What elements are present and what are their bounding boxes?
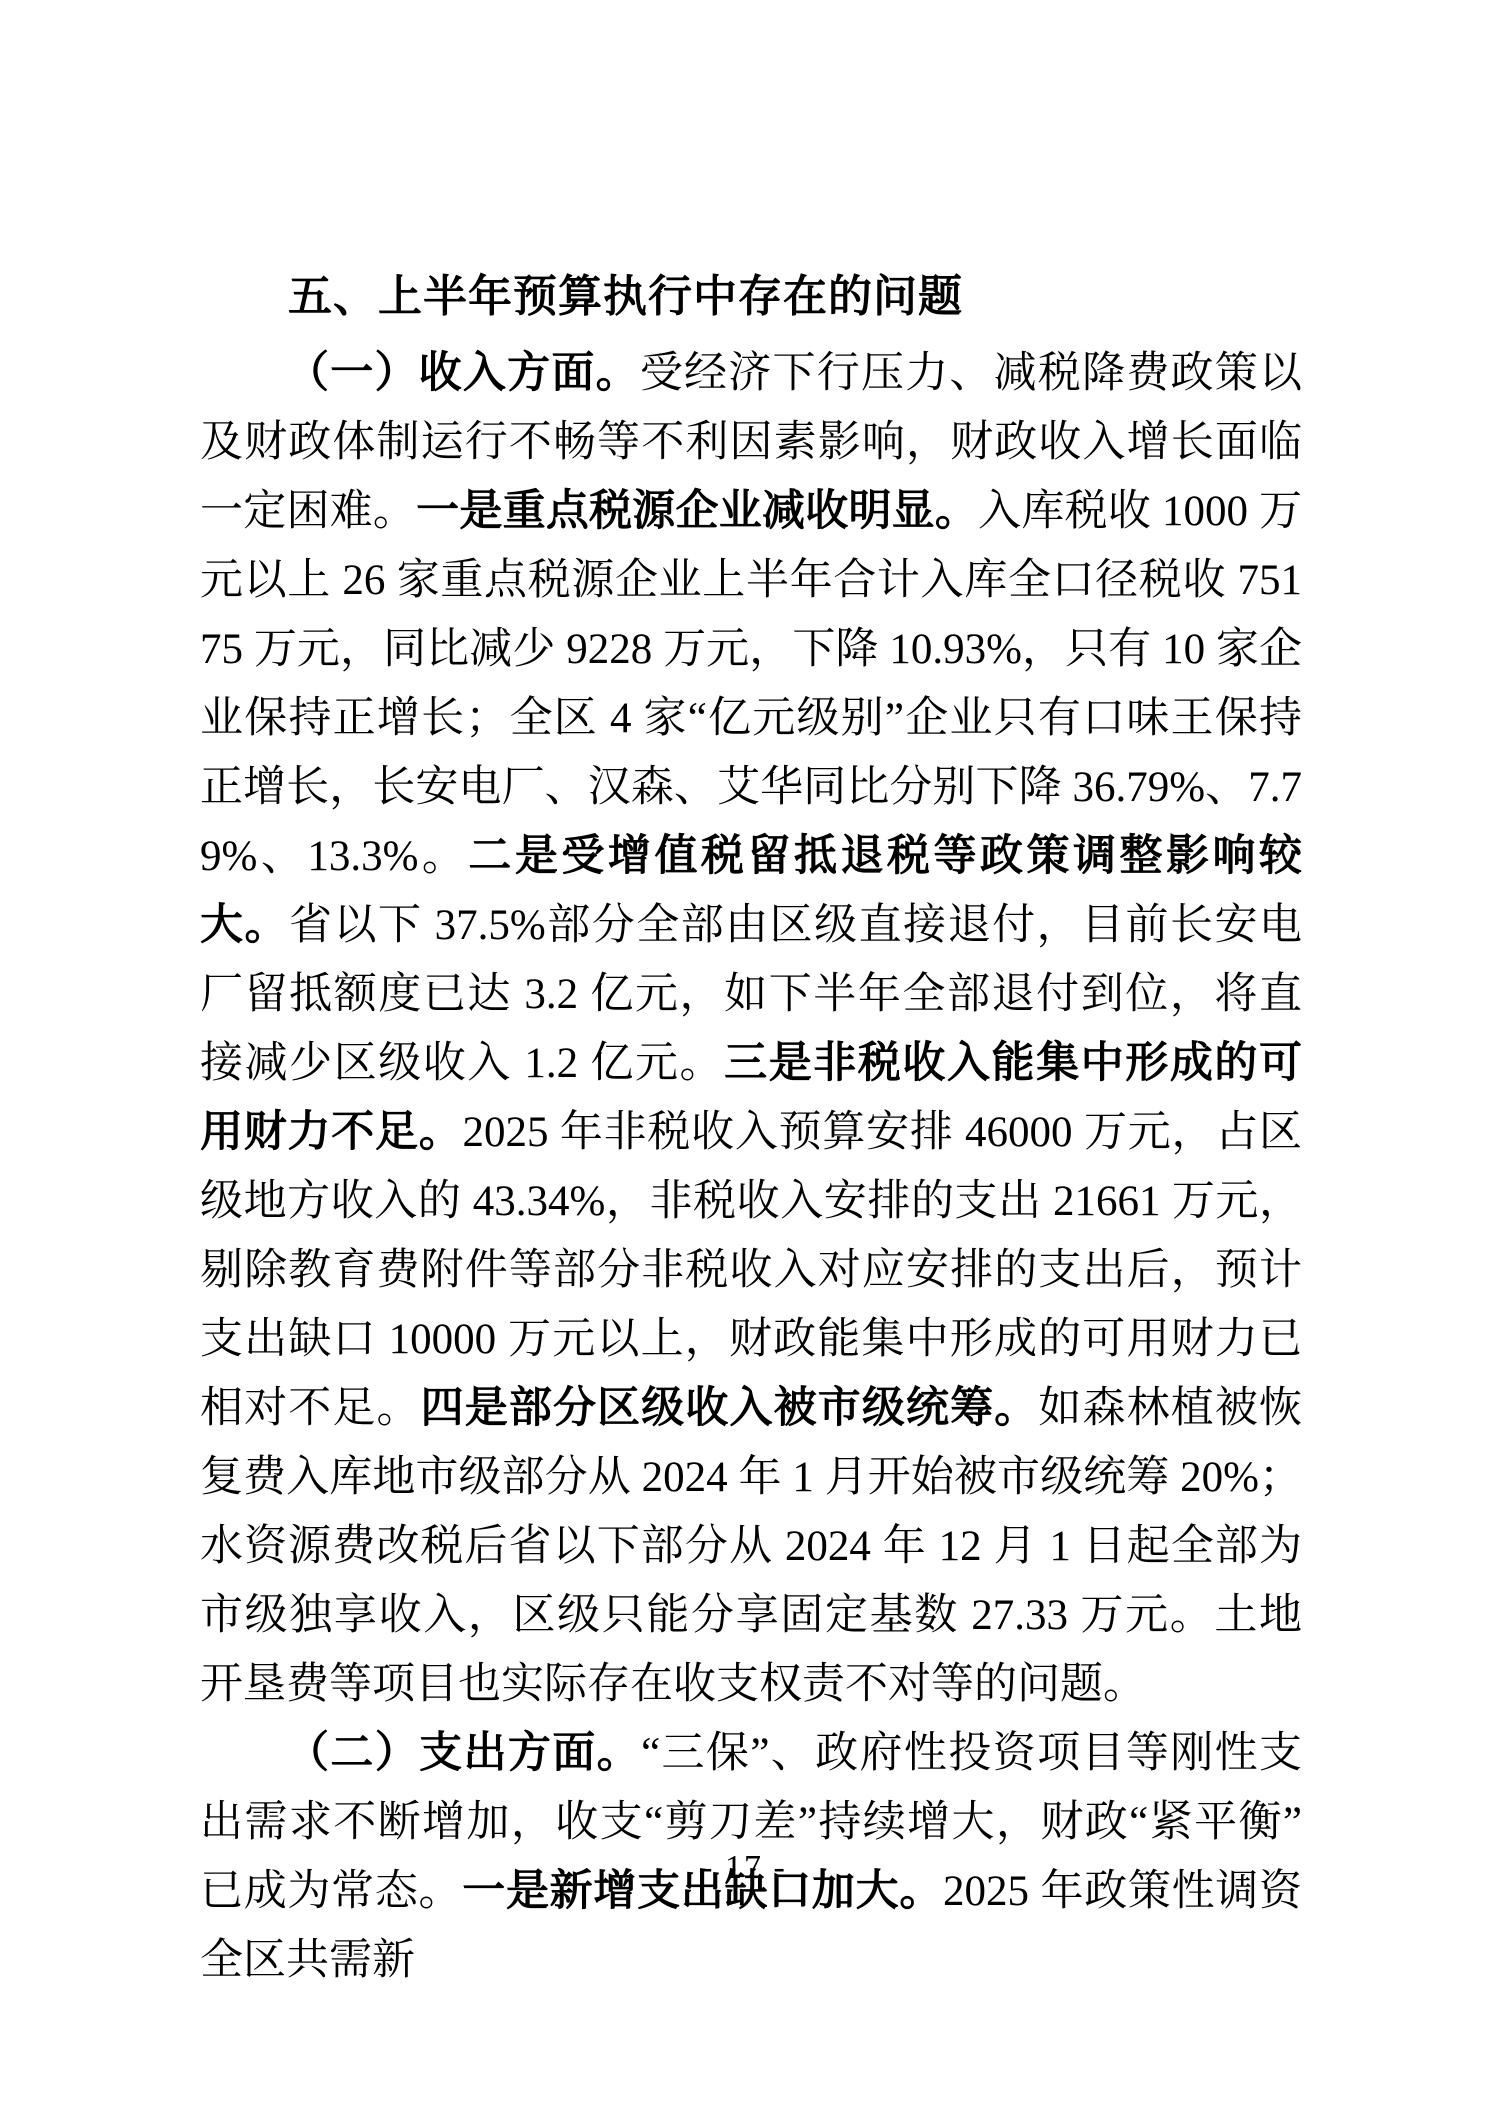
section-heading: 五、上半年预算执行中存在的问题 (200, 262, 1302, 331)
text-run: 入库税收 1000 万元以上 26 家重点税源企业上半年合计入库全口径税收 75… (200, 488, 1302, 880)
paragraphs: （一）收入方面。受经济下行压力、减税降费政策以及财政体制运行不畅等不利因素影响，… (200, 339, 1302, 1995)
page-number: - 17 - (701, 1849, 787, 1886)
page-footer: - 17 - (0, 1848, 1488, 1888)
emphasis-run: 四是部分区级收入被市级统筹。 (421, 1385, 1039, 1432)
paragraph: （一）收入方面。受经济下行压力、减税降费政策以及财政体制运行不畅等不利因素影响，… (200, 339, 1302, 1719)
document-page: 五、上半年预算执行中存在的问题 （一）收入方面。受经济下行压力、减税降费政策以及… (0, 0, 1488, 2105)
emphasis-run: （二）支出方面。 (286, 1730, 641, 1777)
emphasis-run: （一）收入方面。 (286, 350, 640, 397)
document-body: 五、上半年预算执行中存在的问题 （一）收入方面。受经济下行压力、减税降费政策以及… (200, 262, 1302, 1995)
text-run: 如森林植被恢复费入库地市级部分从 2024 年 1 月开始被市级统筹 20%；水… (200, 1385, 1302, 1708)
emphasis-run: 一是重点税源企业减收明显。 (416, 488, 978, 535)
text-run: 2025 年非税收入预算安排 46000 万元，占区级地方收入的 43.34%，… (200, 1109, 1302, 1432)
